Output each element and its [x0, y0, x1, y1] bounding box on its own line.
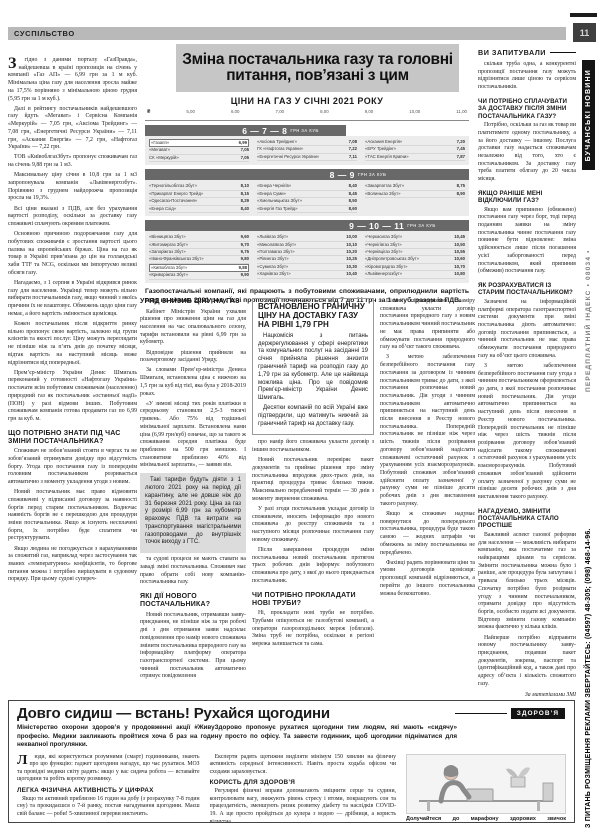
- supplier-price: 7,22: [349, 146, 357, 152]
- qa-item: ЯКЩО РАНІШЕ МЕНІ ВІДКЛЮЧИЛИ ГАЗ? Якщо ва…: [478, 190, 576, 276]
- supplier-entry: «Аскания Енергія» 7,20: [365, 139, 465, 146]
- price-band: 6 — 7 — 8 ГРН ЗА КУБ «Газапп» 6,99 «Мега…: [145, 125, 469, 165]
- health-lead: Міністерство охорони здоров’я у продовже…: [17, 724, 457, 750]
- supplier-entry: «Чернігівгаз Збут» 10,50: [365, 242, 465, 249]
- subscription-strip: ПЕРЕДПЛАТНИЙ ІНДЕКС • 08034 • БУЧАНСЬКІ …: [578, 60, 598, 392]
- band-range-label: 9 — 10 — 11: [349, 221, 404, 231]
- section-kicker: СУСПІЛЬСТВО: [8, 27, 566, 40]
- body-paragraph: Новий постачальник перевіряє пакет докум…: [252, 457, 374, 503]
- body-paragraph: У разі згоди постачальник укладає догові…: [252, 506, 374, 545]
- supplier-price: 8,29: [241, 198, 249, 204]
- band-unit-label: ГРН ЗА КУБ: [358, 172, 386, 177]
- health-col3: Долучайтеся до марафону здорових звичок …: [406, 754, 566, 824]
- sidebar-rule: [550, 52, 576, 53]
- health-feature: ЗДОРОВ’Я Довго сидиш — встань! Рухайся щ…: [8, 700, 575, 823]
- supplier-name: «Енера Схід»: [149, 206, 176, 212]
- qa-question: НАГАДУЄМО, ЗМІНИТИ ПОСТАЧАЛЬНИКА СТАЛО П…: [478, 508, 576, 530]
- supplier-entry: «Прикарпат Енерго Трейд» 8,15: [149, 191, 249, 198]
- price-band-bar: 6 — 7 — 8 ГРН ЗА КУБ: [145, 125, 469, 136]
- supplier-price: 10,80: [454, 271, 465, 277]
- supplier-name: «Київоблгаз Збут»: [151, 265, 187, 271]
- supplier-entry: «Вінницягаз Збут» 9,60: [149, 234, 249, 241]
- supplier-price: 10,45: [454, 234, 465, 240]
- supplier-price: 7,05: [241, 155, 249, 161]
- body-paragraph: Новий постачальник має право відмовити с…: [8, 489, 137, 543]
- box-paragraph: Нацкомісія з питань держрегулювання у сф…: [258, 333, 368, 403]
- left-subheading: ЩО ПОТРІБНО ЗНАТИ ПІД ЧАС ЗМІНИ ПОСТАЧАЛ…: [8, 430, 137, 446]
- article-headline: Зміна постачальника газу та головні пита…: [176, 44, 459, 92]
- supplier-name: «Черкасигаз Збут»: [365, 234, 402, 240]
- supplier-name: «Закарпатгаз Збут»: [365, 183, 404, 189]
- supplier-entry: «Миколаївгаз Збут» 10,10: [257, 242, 357, 249]
- body-paragraph: Новий постачальник, отримавши заяву-приє…: [140, 612, 246, 681]
- supplier-entry: «Кіровоградгаз Збут» 10,70: [365, 264, 465, 271]
- supplier-name: «Енера Суми»: [257, 191, 286, 197]
- sidebar-items: ЧИ ПОТРІБНО СПЛАЧУВАТИ ЗА ДОСТАВКУ ПІСЛЯ…: [478, 98, 576, 689]
- supplier-rows: «Тернопільоблгаз Збут» 8,10 «Прикарпат Е…: [145, 180, 469, 216]
- sidebar-intro: скільки труба одна, а конкурентні пропоз…: [478, 61, 576, 92]
- newspaper-brand: БУЧАНСЬКІ НОВИНИ: [582, 60, 595, 170]
- health-subhead1: ЛЕГКА ФІЗИЧНА АКТИВНІСТЬ У ЦИФРАХ: [17, 787, 200, 795]
- health-caption: Долучайтеся до марафону здорових звичок …: [406, 816, 566, 824]
- supplier-name: «Тернопільоблгаз Збут»: [149, 183, 197, 189]
- supplier-name: «Хмельницькгаз Збут»: [257, 198, 302, 204]
- tariff-note-box: Такі тарифи будуть діяти з 1 лютого 2021…: [140, 473, 246, 553]
- supplier-entry: «Чернівцігаз Збут» 10,55: [365, 249, 465, 256]
- supplier-price: 8,45: [349, 191, 357, 197]
- price-band-bar: 8 — 9 ГРН ЗА КУБ: [145, 169, 469, 180]
- body-paragraph: Максимальну ціну січня в 10,8 грн за 1 м…: [8, 172, 137, 203]
- body-paragraph: Основною причиною подорожчання газу для …: [8, 231, 137, 277]
- supplier-price: 9,80: [241, 256, 249, 262]
- supplier-name: «Львівенергозбут»: [365, 271, 402, 277]
- supplier-price: 7,87: [457, 154, 465, 160]
- supplier-name: «ЕРУ Трейдінг»: [365, 146, 396, 152]
- qa-item: НАГАДУЄМО, ЗМІНИТИ ПОСТАЧАЛЬНИКА СТАЛО П…: [478, 508, 576, 689]
- supplier-entry: «Аксіома Трейдинг» 7,08: [257, 139, 357, 146]
- left-paragraphs: Споживач не зобов’язаний стояти в чергах…: [8, 448, 137, 584]
- supplier-price: 10,25: [346, 256, 357, 262]
- supplier-name: СК «Меркурій»: [149, 155, 179, 161]
- supplier-name: «Івано-Франківськгаз Збут»: [149, 256, 204, 262]
- supplier-name: «Миколаївгаз Збут»: [257, 242, 296, 248]
- supplier-price: 9,60: [241, 234, 249, 240]
- axis-tick: 5,00: [186, 109, 195, 120]
- supplier-name: «Аксіома Трейдинг»: [257, 139, 297, 145]
- supplier-price: 10,40: [346, 271, 357, 277]
- body-paragraph: Споживач не зобов’язаний стояти в чергах…: [8, 448, 137, 487]
- supplier-name: «Житомиргаз Збут»: [149, 242, 188, 248]
- colA-heading2: ЯКІ ДІЇ НОВОГО ПОСТАЧАЛЬНИКА?: [140, 593, 246, 609]
- qa-answer-paragraph: Якщо вам припинено (обмежено) постачання…: [478, 207, 576, 276]
- body-paragraph: Всі ціни вказані з ПДВ, але без урахуван…: [8, 206, 137, 229]
- qa-answer-paragraph: З метою забезпечення безперебійного пост…: [478, 363, 576, 502]
- band-range-label: 8 — 9: [330, 170, 355, 180]
- body-paragraph: про намір його споживача укласти договір…: [252, 439, 374, 454]
- supplier-name: «Чернівцігаз Збут»: [365, 249, 403, 255]
- lead-paragraph: Згідно з даними порталу «ГазПравда», най…: [8, 57, 137, 103]
- column-delivery-cap: ВСТАНОВЛЕНО ГРАНИЧНУ ЦІНУ НА ДОСТАВКУ ГА…: [252, 298, 374, 695]
- body-paragraph: Відповідне рішення прийняли на позачерго…: [140, 350, 246, 365]
- body-paragraph: Якщо ж споживач надумає повернутися до п…: [380, 511, 475, 557]
- supplier-entry: «Сумигаз Збут» 10,30: [257, 264, 357, 271]
- qa-question: ЧИ ПОТРІБНО СПЛАЧУВАТИ ЗА ДОСТАВКУ ПІСЛЯ…: [478, 98, 576, 120]
- health-col2: Експерти радять щотижня виділяти мінімум…: [210, 754, 396, 824]
- health-col1: Люди, які користуються розумними (смарт)…: [17, 754, 200, 824]
- supplier-entry: «Запоріжгаз Збут» 9,75: [149, 249, 249, 256]
- body-paragraph: Кабінет Міністрів України ухвалив рішенн…: [140, 309, 246, 348]
- supplier-entry: «Енера Схід» 8,40: [149, 206, 249, 213]
- column-procedure: Після підтвердження наміру споживача укл…: [380, 298, 475, 695]
- qa-question: ЯКЩО РАНІШЕ МЕНІ ВІДКЛЮЧИЛИ ГАЗ?: [478, 190, 576, 205]
- supplier-price: 8,15: [241, 191, 249, 197]
- price-groups: 6 — 7 — 8 ГРН ЗА КУБ «Газапп» 6,99 «Мега…: [145, 125, 469, 283]
- gas-price-infographic: ЦІНИ НА ГАЗ У СІЧНІ 2021 РОКУ ₴ 5,006,00…: [145, 96, 469, 305]
- price-band: 9 — 10 — 11 ГРН ЗА КУБ «Вінницягаз Збут»…: [145, 220, 469, 283]
- supplier-price: 8,60: [349, 206, 357, 212]
- supplier-name: «Полтавагаз Збут»: [257, 249, 295, 255]
- supplier-name: «Енергія Газ Трейд»: [257, 206, 298, 212]
- body-paragraph: З метою забезпечення безперебійного пост…: [380, 354, 475, 508]
- supplier-name: «Кіровоградгаз Збут»: [365, 264, 408, 270]
- newspaper-page: СУСПІЛЬСТВО 11 Зміна постачальника газу …: [0, 0, 600, 831]
- delivery-cap-heading: ВСТАНОВЛЕНО ГРАНИЧНУ ЦІНУ НА ДОСТАВКУ ГА…: [258, 303, 368, 330]
- price-band-bar: 9 — 10 — 11 ГРН ЗА КУБ: [145, 220, 469, 231]
- supplier-price: 9,70: [241, 242, 249, 248]
- axis-tick: 6,00: [231, 109, 240, 120]
- supplier-rows: «Вінницягаз Збут» 9,60 «Житомиргаз Збут»…: [145, 231, 469, 283]
- qa-item: ЧИ ПОТРІБНО СПЛАЧУВАТИ ЗА ДОСТАВКУ ПІСЛЯ…: [478, 98, 576, 184]
- supplier-price: 7,20: [457, 139, 465, 145]
- desk-worker-illustration: [406, 754, 566, 814]
- supplier-price: 9,90: [241, 272, 249, 278]
- currency-mark: ₴: [147, 109, 150, 120]
- supplier-price: 6,99: [239, 140, 247, 146]
- supplier-price: 10,30: [346, 264, 357, 270]
- body-paragraph: Якщо людина не погоджується з нарахуванн…: [8, 546, 137, 585]
- supplier-name: «Прикарпат Енерго Трейд»: [149, 191, 203, 197]
- top-edge-mark: [570, 13, 597, 17]
- band-unit-label: ГРН ЗА КУБ: [407, 223, 435, 228]
- supplier-entry: «Енергія Газ Трейд» 8,60: [257, 206, 357, 213]
- supplier-price: 7,05: [241, 147, 249, 153]
- supplier-price: 9,75: [241, 249, 249, 255]
- supplier-price: 8,40: [349, 183, 357, 189]
- supplier-name: «Запоріжгаз Збут»: [149, 249, 186, 255]
- band-unit-label: ГРН ЗА КУБ: [290, 128, 318, 133]
- qa-answer-paragraph: Зазначені на інформаційній платформі опе…: [478, 299, 576, 361]
- body-paragraph: Після підтвердження наміру споживача укл…: [380, 298, 475, 352]
- body-paragraph: Нагадаємо, з 1 серпня в Україні відкривс…: [8, 280, 137, 319]
- body-paragraph: За словами Прем’єр-міністра Дениса Шмига…: [140, 367, 246, 398]
- axis-tick: 10,00: [409, 109, 420, 120]
- supplier-entry: «Одесагаз-Постачання» 8,29: [149, 198, 249, 205]
- supplier-name: «Сумигаз Збут»: [257, 264, 288, 270]
- price-band: 8 — 9 ГРН ЗА КУБ «Тернопільоблгаз Збут» …: [145, 169, 469, 216]
- qa-answer-paragraph: Потрібно, оскільки за газ як товар ви пл…: [478, 122, 576, 184]
- health-rubric-label: ЗДОРОВ’Я: [511, 708, 565, 719]
- supplier-entry: «Рівнегаз Збут» 10,25: [257, 256, 357, 263]
- supplier-entry: «Житомиргаз Збут» 9,70: [149, 242, 249, 249]
- supplier-entry: СК «Меркурій» 7,05: [149, 155, 249, 162]
- subscription-index: ПЕРЕДПЛАТНИЙ ІНДЕКС • 08034 •: [585, 175, 592, 392]
- body-paragraph: та судові процеси не мають ставати на за…: [140, 556, 246, 587]
- supplier-entry: «Тернопільоблгаз Збут» 8,10: [149, 183, 249, 190]
- health-rubric: ЗДОРОВ’Я: [455, 708, 565, 719]
- sidebar-title: ВИ ЗАПИТУВАЛИ: [478, 48, 546, 57]
- body-paragraph: «У зимові місяці тих років платіжки в се…: [140, 401, 246, 470]
- supplier-entry: «Івано-Франківськгаз Збут» 9,80: [149, 256, 249, 263]
- qa-answer-paragraph: Важливий аспект газової реформи для насе…: [478, 532, 576, 632]
- supplier-entry: «Криворіжгаз Збут» 9,90: [149, 272, 249, 279]
- supplier-name: «Львівгаз Збут»: [257, 234, 288, 240]
- supplier-price: 7,11: [349, 154, 357, 160]
- supplier-entry: «Енера Суми» 8,45: [257, 191, 357, 198]
- supplier-price: 10,55: [454, 249, 465, 255]
- supplier-price: 8,50: [349, 198, 357, 204]
- qa-item: ЯК РОЗРАХУВАТИСЯ ІЗ СТАРИМ ПОСТАЧАЛЬНИКО…: [478, 282, 576, 502]
- advertising-contacts: З ПИТАНЬ РОЗМІЩЕННЯ РЕКЛАМИ ЗВЕРТАЙТЕСЬ:…: [585, 528, 592, 828]
- supplier-price: 10,00: [346, 234, 357, 240]
- body-paragraph: ТОВ «КиївоблгазЗбут» пропонує споживачам…: [8, 154, 137, 169]
- supplier-entry: «Львівенергозбут» 10,80: [365, 271, 465, 278]
- supplier-name: «Рівнегаз Збут»: [257, 256, 289, 262]
- body-paragraph: Після завершення процедури зміни постача…: [252, 547, 374, 586]
- colA-heading: УРЯД ЗНИЗИВ ЦІНУ НА ГАЗ: [140, 298, 246, 306]
- supplier-entry: «Мегават» 7,05: [149, 147, 249, 154]
- supplier-entry: «Полтавагаз Збут» 10,20: [257, 249, 357, 256]
- drop-cap: Л: [17, 755, 27, 766]
- supplier-entry: «Закарпатгаз Збут» 8,75: [365, 183, 465, 190]
- body-paragraph: Прем’єр-міністр України Денис Шмигаль пе…: [8, 370, 137, 424]
- supplier-name: «Вінницягаз Збут»: [149, 234, 186, 240]
- supplier-entry: «Хмельницькгаз Збут» 8,50: [257, 198, 357, 205]
- article-left-column: Згідно з даними порталу «ГазПравда», най…: [8, 57, 137, 695]
- qa-answer-paragraph: Найперше потрібно відправити новому пост…: [478, 635, 576, 689]
- supplier-price: 9,88: [239, 265, 247, 271]
- health-title: Довго сидиш — встань! Рухайся щогодини: [17, 706, 457, 721]
- column-government-price: УРЯД ЗНИЗИВ ЦІНУ НА ГАЗ Кабінет Міністрі…: [140, 298, 246, 695]
- supplier-name: «ТАС Енергія Країни»: [365, 154, 409, 160]
- body-paragraph: Далі в рейтингу постачальників найдешевш…: [8, 106, 137, 152]
- supplier-name: «Чернігівгаз Збут»: [365, 242, 402, 248]
- source-note: За матеріалами ЗМІ: [478, 692, 576, 696]
- body-paragraph: Ні, прокладати нові труби не потрібно. Т…: [252, 610, 374, 649]
- supplier-name: «Харківгаз Збут»: [257, 271, 291, 277]
- supplier-price: 8,40: [241, 206, 249, 212]
- page-number: 11: [573, 23, 596, 42]
- supplier-entry: ГК «Нафтогаз України» 7,22: [257, 146, 357, 153]
- supplier-price: 10,70: [454, 264, 465, 270]
- supplier-entry: «Газапп» 6,99: [149, 139, 249, 147]
- supplier-price: 10,50: [454, 242, 465, 248]
- supplier-price: 8,10: [241, 183, 249, 189]
- health-subhead2: КОРИСТЬ ДЛЯ ЗДОРОВ’Я: [210, 779, 396, 787]
- box-paragraph: Десятки компаній по всій Україні вже під…: [258, 405, 368, 428]
- supplier-name: «Енера Чернігів»: [257, 183, 291, 189]
- axis-tick: 11,00: [456, 109, 467, 120]
- supplier-name: «Аскания Енергія»: [365, 139, 402, 145]
- body-paragraph: Кожен постачальник після відкриття ринку…: [8, 321, 137, 367]
- supplier-name: «Газапп»: [151, 140, 169, 146]
- axis-tick: 8,00: [320, 109, 329, 120]
- sidebar-header: ВИ ЗАПИТУВАЛИ: [478, 48, 576, 57]
- supplier-entry: «Енергетичні Ресурси України» 7,11: [257, 154, 357, 161]
- supplier-price: 7,45: [457, 146, 465, 152]
- band-bar-fill: [145, 169, 469, 180]
- supplier-price: 10,10: [346, 242, 357, 248]
- drop-cap: З: [8, 58, 16, 70]
- axis-tick: 7,00: [276, 109, 285, 120]
- supplier-entry: «Київоблгаз Збут» 9,88: [149, 264, 249, 272]
- axis-tick: 9,00: [365, 109, 374, 120]
- supplier-entry: «Львівгаз Збут» 10,00: [257, 234, 357, 241]
- supplier-name: «Одесагаз-Постачання»: [149, 198, 197, 204]
- band-range-label: 6 — 7 — 8: [242, 126, 287, 136]
- supplier-entry: «ТАС Енергія Країни» 7,87: [365, 154, 465, 161]
- supplier-name: «Волиньгаз Збут»: [365, 191, 401, 197]
- body-paragraph: Фахівці радять порівнювати ціни та умови…: [380, 560, 475, 599]
- supplier-name: «Енергетичні Ресурси України»: [257, 154, 319, 160]
- supplier-name: ГК «Нафтогаз України»: [257, 146, 303, 152]
- supplier-name: «Дніпропетровськгаз Збут»: [365, 256, 419, 262]
- supplier-price: 7,08: [349, 139, 357, 145]
- supplier-entry: «Черкасигаз Збут» 10,45: [365, 234, 465, 241]
- supplier-price: 8,75: [457, 183, 465, 189]
- supplier-price: 8,90: [457, 191, 465, 197]
- supplier-price: 10,60: [454, 256, 465, 262]
- lead-paragraphs: Далі в рейтингу постачальників найдешевш…: [8, 106, 137, 424]
- supplier-entry: «Енера Чернігів» 8,40: [257, 183, 357, 190]
- supplier-name: «Мегават»: [149, 147, 170, 153]
- questions-sidebar: ВИ ЗАПИТУВАЛИ скільки труба одна, а конк…: [478, 48, 576, 696]
- supplier-entry: «Харківгаз Збут» 10,40: [257, 271, 357, 278]
- supplier-price: 10,20: [346, 249, 357, 255]
- supplier-entry: «Дніпропетровськгаз Збут» 10,60: [365, 256, 465, 263]
- qa-question: ЯК РОЗРАХУВАТИСЯ ІЗ СТАРИМ ПОСТАЧАЛЬНИКО…: [478, 282, 576, 297]
- supplier-name: «Криворіжгаз Збут»: [149, 272, 188, 278]
- price-axis: ₴ 5,006,007,008,009,0010,0011,00: [145, 109, 469, 121]
- delivery-cap-box: ВСТАНОВЛЕНО ГРАНИЧНУ ЦІНУ НА ДОСТАВКУ ГА…: [252, 298, 374, 435]
- supplier-rows: «Газапп» 6,99 «Мегават» 7,05 СК «Меркурі…: [145, 136, 469, 165]
- supplier-entry: «ЕРУ Трейдінг» 7,45: [365, 146, 465, 153]
- infographic-title: ЦІНИ НА ГАЗ У СІЧНІ 2021 РОКУ: [145, 96, 469, 106]
- colB-heading: ЧИ ПОТРІБНО ПРОКЛАДАТИ НОВІ ТРУБИ?: [252, 592, 374, 608]
- supplier-entry: «Волиньгаз Збут» 8,90: [365, 191, 465, 198]
- advertising-strip: З ПИТАНЬ РОЗМІЩЕННЯ РЕКЛАМИ ЗВЕРТАЙТЕСЬ:…: [578, 398, 598, 828]
